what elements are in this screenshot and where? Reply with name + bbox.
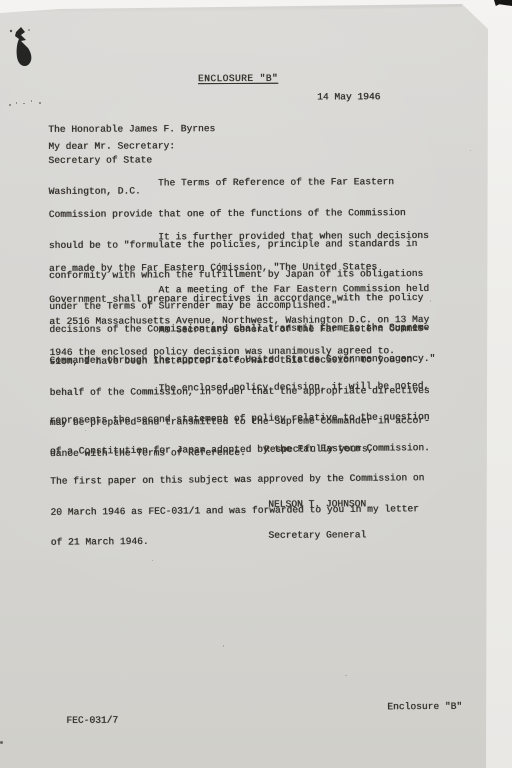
paragraph-line: As Secretary General of the Far Eastern … — [49, 324, 429, 336]
paragraph-line: The first paper on this subject was appr… — [50, 473, 430, 487]
signature-name: NELSON T. JOHNSON — [268, 500, 366, 511]
paragraph-line: of 21 March 1946. — [51, 535, 431, 549]
document-number: FEC-031/7 — [66, 716, 118, 726]
paragraph-line: represents the second statement of polic… — [50, 412, 430, 426]
paragraph-line: At a meeting of the Far Eastern Commissi… — [49, 284, 429, 296]
letter-body: ENCLOSURE "B" 14 May 1946 The Honorable … — [0, 0, 512, 768]
paragraph-line: The enclosed policy decision, it will be… — [49, 382, 429, 396]
enclosure-label: Enclosure "B" — [387, 702, 462, 713]
paragraph-line: 20 March 1946 as FEC-031/1 and was forwa… — [50, 504, 430, 518]
closing-line: Respectfully yours, — [264, 444, 373, 455]
signature-title: Secretary General — [268, 530, 366, 541]
salutation: My dear Mr. Secretary: — [48, 141, 175, 152]
paragraph-line: It is further provided that when such de… — [49, 231, 435, 243]
enclosure-heading: ENCLOSURE "B" — [198, 74, 278, 85]
document-scan: ENCLOSURE "B" 14 May 1946 The Honorable … — [0, 0, 512, 768]
paragraph-line: The Terms of Reference of the Far Easter… — [49, 177, 423, 189]
paragraph-5: The enclosed policy decision, it will be… — [49, 361, 431, 569]
recipient-name: The Honorable James F. Byrnes — [48, 124, 215, 135]
signature-block: NELSON T. JOHNSON Secretary General — [268, 479, 366, 561]
date-line: 14 May 1946 — [317, 92, 380, 103]
